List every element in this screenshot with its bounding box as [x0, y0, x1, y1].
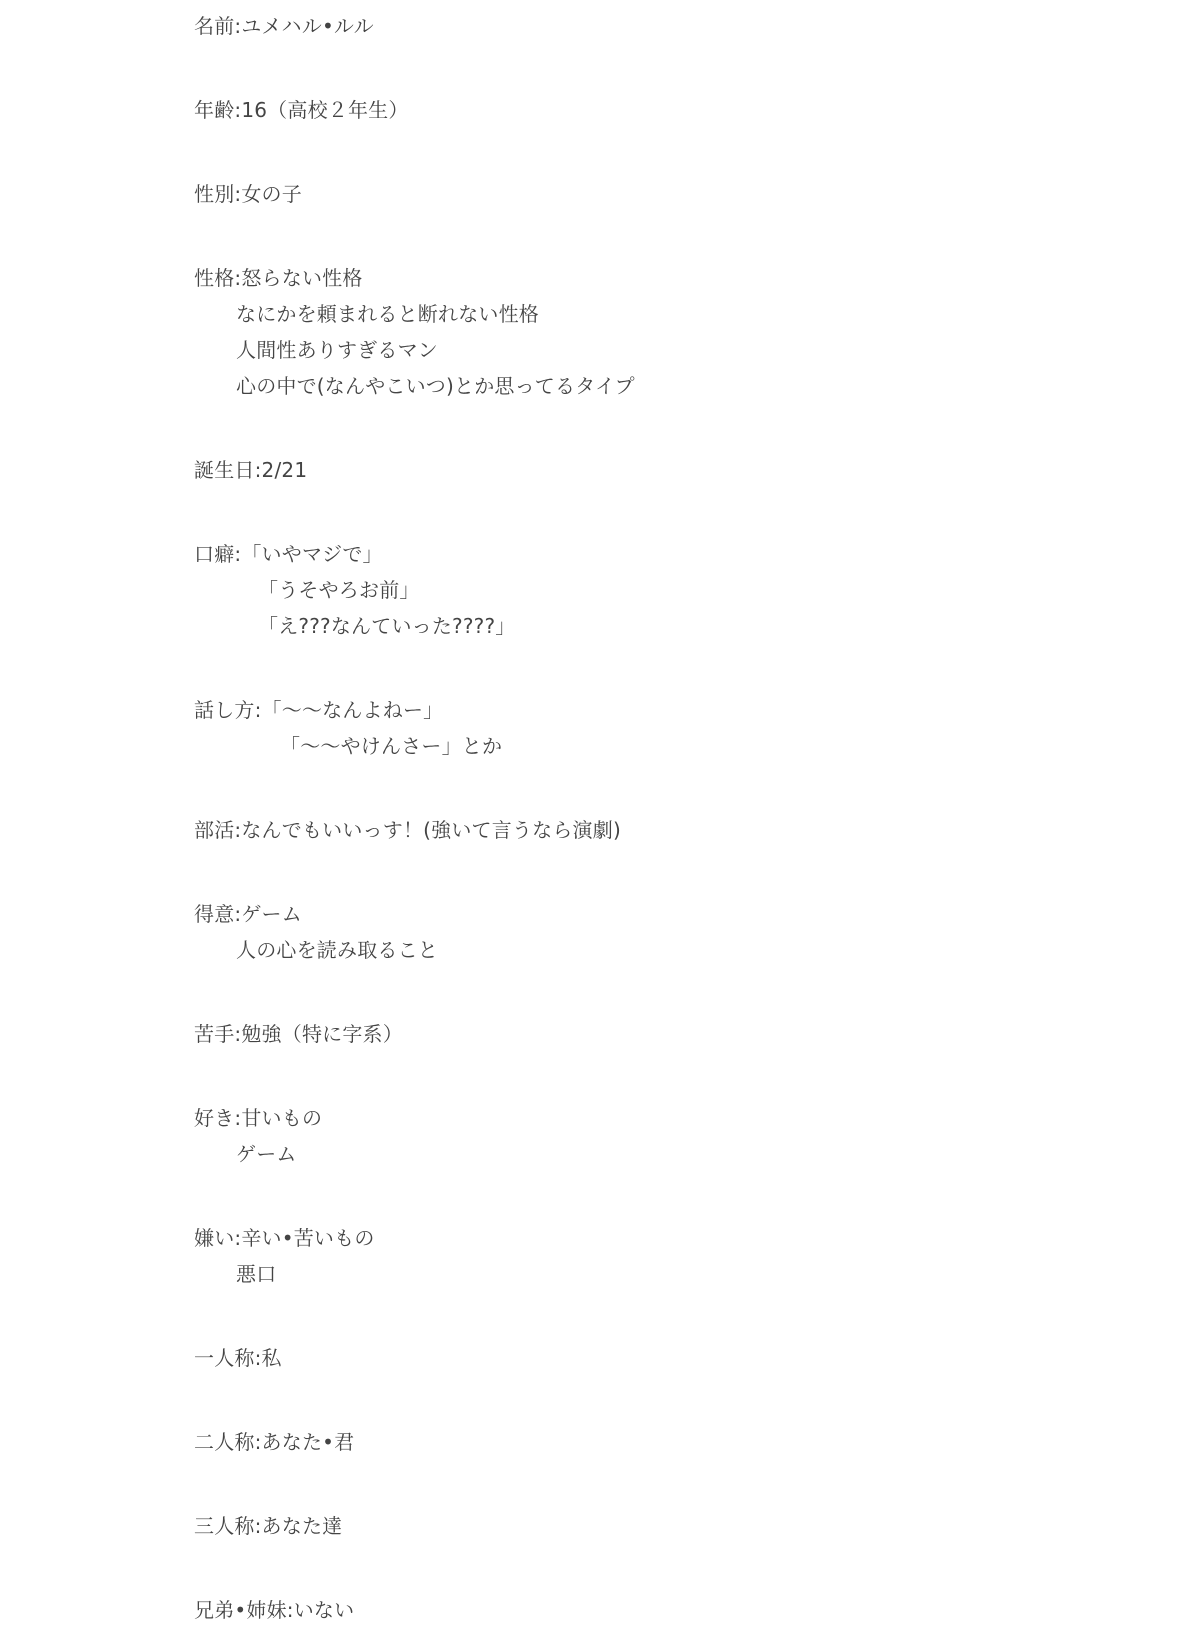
character-profile-document: 名前:ユメハル•ルル 年齢:16（高校２年生） 性別:女の子 性格:怒らない性格…: [0, 0, 1200, 1644]
likes-continuation: ゲーム: [236, 1140, 297, 1168]
likes-field: 好き:甘いもの: [194, 1104, 322, 1132]
club-field: 部活:なんでもいいっす！(強いて言うなら演劇): [194, 816, 621, 844]
dislikes-field: 嫌い:辛い•苦いもの: [194, 1224, 375, 1252]
dislikes-continuation: 悪口: [236, 1260, 276, 1288]
speech-style-continuation: 「〜〜やけんさー」とか: [280, 732, 502, 760]
personality-continuation: なにかを頼まれると断れない性格: [236, 300, 539, 328]
siblings-field: 兄弟•姉妹:いない: [194, 1596, 354, 1624]
strengths-field: 得意:ゲーム: [194, 900, 302, 928]
personality-continuation: 心の中で(なんやこいつ)とか思ってるタイプ: [236, 372, 635, 400]
speech-style-field: 話し方:「〜〜なんよねー」: [194, 696, 443, 724]
second-person-pronoun-field: 二人称:あなた•君: [194, 1428, 354, 1456]
strengths-continuation: 人の心を読み取ること: [236, 936, 438, 964]
catchphrase-continuation: 「うそやろお前」: [258, 576, 420, 604]
personality-continuation: 人間性ありすぎるマン: [236, 336, 438, 364]
birthday-field: 誕生日:2/21: [194, 456, 307, 484]
third-person-pronoun-field: 三人称:あなた達: [194, 1512, 342, 1540]
age-field: 年齢:16（高校２年生）: [194, 96, 409, 124]
gender-field: 性別:女の子: [194, 180, 302, 208]
name-field: 名前:ユメハル•ルル: [194, 12, 374, 40]
personality-field: 性格:怒らない性格: [194, 264, 363, 292]
catchphrase-continuation: 「え???なんていった????」: [258, 612, 516, 640]
catchphrase-field: 口癖:「いやマジで」: [194, 540, 383, 568]
first-person-pronoun-field: 一人称:私: [194, 1344, 282, 1372]
weaknesses-field: 苦手:勉強（特に字系）: [194, 1020, 403, 1048]
